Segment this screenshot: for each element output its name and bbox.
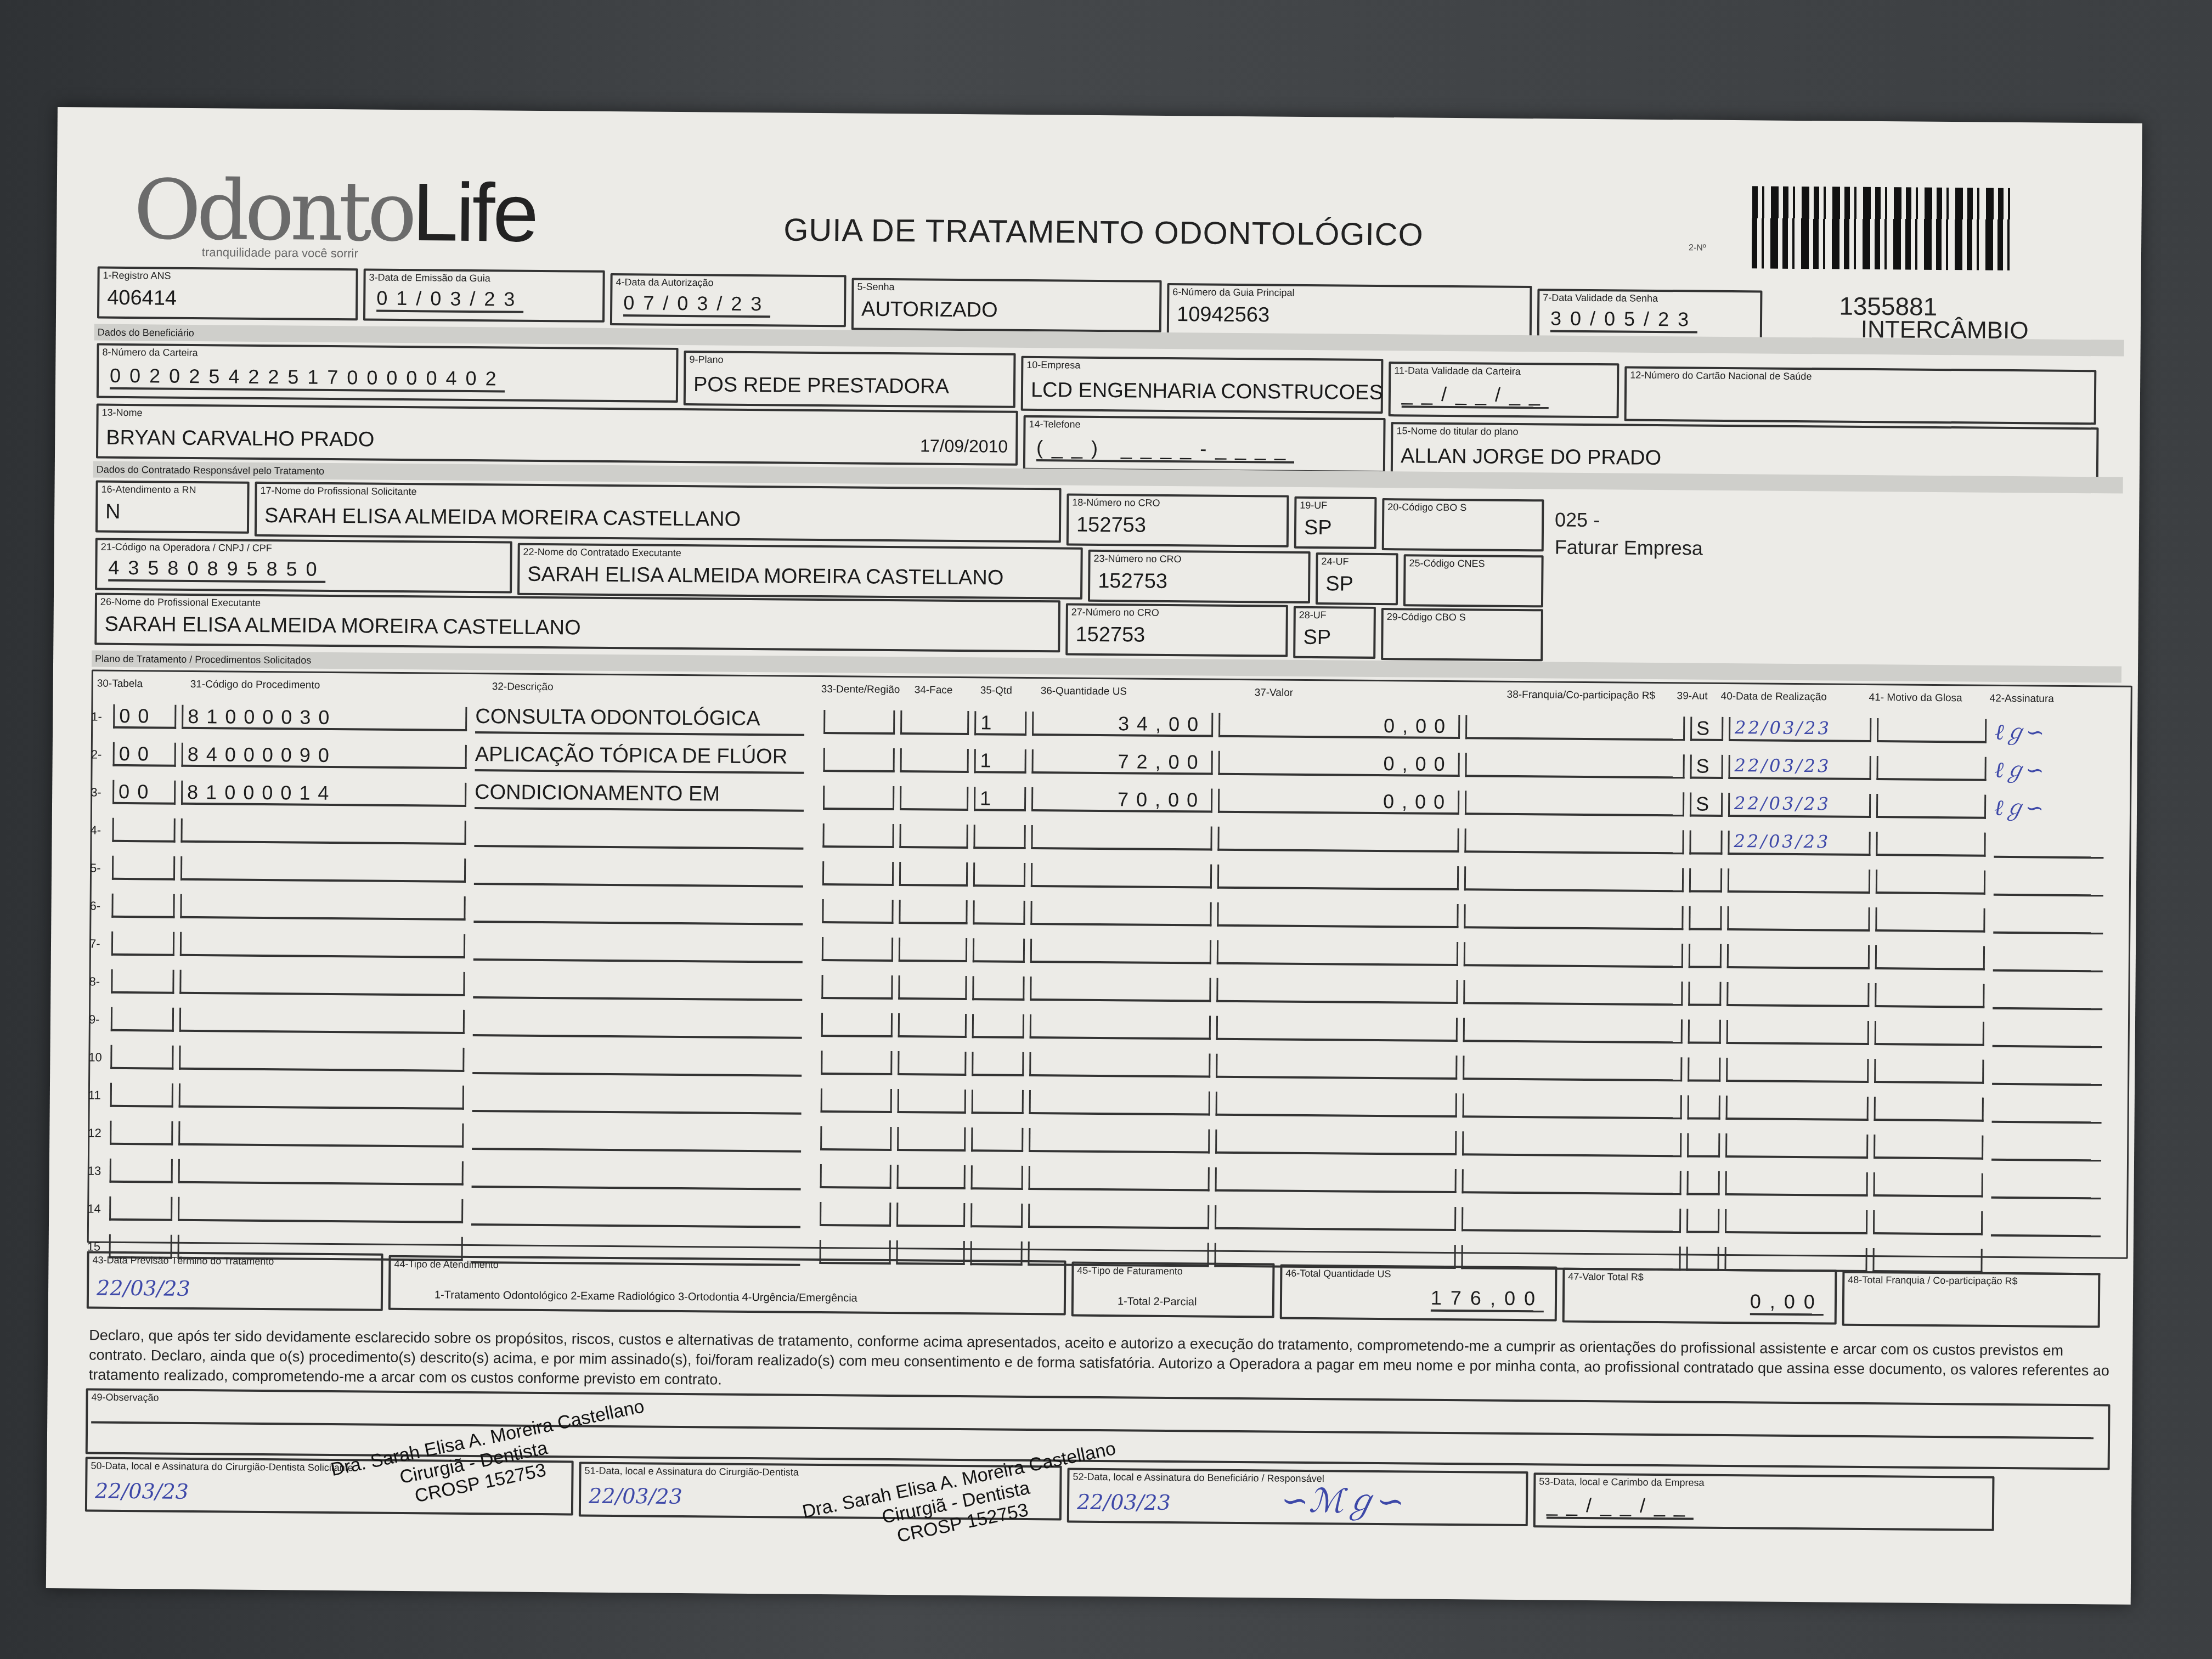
valor-cell[interactable]: 0,00	[1218, 751, 1460, 777]
codigo-cell[interactable]	[179, 1084, 464, 1110]
us-cell[interactable]: 72,00	[1032, 749, 1213, 775]
descricao-cell[interactable]	[472, 1084, 802, 1115]
field-value: 00202542251700000402	[110, 364, 505, 393]
column-header: 31-Código do Procedimento	[190, 679, 320, 692]
aut-cell[interactable]	[1689, 830, 1722, 854]
qtd-cell[interactable]	[973, 938, 1025, 963]
field-value: __/__/__	[1402, 382, 1549, 409]
field-value: SP	[1325, 572, 1353, 596]
us-cell[interactable]	[1029, 1128, 1210, 1154]
aut-cell[interactable]: S	[1690, 792, 1723, 816]
data-realizacao-cell[interactable]	[1726, 982, 1869, 1007]
aut-cell[interactable]	[1686, 1246, 1719, 1271]
tabela-cell[interactable]	[112, 856, 175, 881]
field-label: 22-Nome do Contratado Executante	[523, 546, 681, 559]
tabela-cell[interactable]: 00	[113, 704, 176, 729]
signature-line	[1994, 856, 2103, 859]
face-cell[interactable]	[897, 1127, 966, 1152]
field-label: 14-Telefone	[1029, 419, 1080, 431]
descricao-cell[interactable]: CONDICIONAMENTO EM	[475, 781, 804, 812]
field-label: 7-Data Validade da Senha	[1543, 292, 1658, 304]
previsao-field[interactable]: 43-Data Previsão Término do Tratamento 2…	[87, 1251, 383, 1311]
franquia-cell[interactable]	[1464, 866, 1684, 892]
glosa-cell[interactable]	[1873, 1210, 1983, 1235]
row-number: 9-	[89, 1012, 100, 1026]
tabela-cell[interactable]	[111, 894, 174, 918]
birth-date: 17/09/2010	[920, 436, 1008, 456]
field-value: 152753	[1076, 513, 1146, 538]
aut-cell[interactable]: S	[1690, 754, 1723, 778]
us-cell[interactable]	[1031, 825, 1212, 851]
face-cell[interactable]	[898, 1051, 966, 1076]
tabela-cell[interactable]	[111, 932, 174, 956]
data-realizacao-cell[interactable]: 22/03/23	[1728, 831, 1870, 856]
us-cell[interactable]	[1029, 1052, 1210, 1078]
descricao-cell[interactable]	[473, 894, 803, 926]
field-label: 26-Nome do Profissional Executante	[100, 596, 261, 609]
carimbo-empresa-field[interactable]: 53-Data, local e Carimbo da Empresa __/_…	[1533, 1472, 1995, 1531]
field-label: 12-Número do Cartão Nacional de Saúde	[1630, 370, 1812, 383]
data-realizacao-cell[interactable]	[1727, 944, 1870, 969]
face-cell[interactable]	[898, 975, 967, 1000]
field-label: 13-Nome	[102, 407, 143, 419]
row-number: 13	[88, 1164, 101, 1178]
data-realizacao-cell[interactable]	[1725, 1133, 1868, 1159]
descricao-cell[interactable]	[473, 932, 803, 963]
descricao-cell[interactable]	[473, 970, 802, 1001]
valor-cell[interactable]	[1217, 902, 1458, 928]
data-realizacao-cell[interactable]	[1725, 1209, 1867, 1234]
descricao-cell[interactable]	[474, 856, 803, 888]
billing-note: Faturar Empresa	[1555, 535, 1703, 560]
descricao-cell[interactable]	[473, 1008, 802, 1039]
field-options: 1-Tratamento Odontológico 2-Exame Radiol…	[435, 1289, 857, 1305]
valor-cell[interactable]	[1217, 865, 1459, 890]
codigo-cell[interactable]: 81000030	[182, 705, 467, 731]
column-header: 41- Motivo da Glosa	[1869, 692, 1962, 704]
signature-icon: ℓℊ∽	[1994, 791, 2044, 822]
qtd-cell[interactable]: 1	[974, 711, 1026, 736]
uf-solicitante-field[interactable]: 19-UF SP	[1294, 496, 1377, 549]
logo-tagline: tranquilidade para você sorrir	[202, 245, 358, 261]
us-cell[interactable]	[1030, 977, 1211, 1002]
dente-cell[interactable]	[822, 937, 893, 962]
codigo-cell[interactable]	[179, 970, 465, 996]
qtd-cell[interactable]	[971, 1127, 1023, 1152]
dente-cell[interactable]	[823, 786, 894, 810]
franquia-cell[interactable]	[1463, 1018, 1683, 1043]
column-header: 34-Face	[915, 684, 953, 697]
valor-cell[interactable]	[1216, 1092, 1457, 1118]
field-label: 4-Data da Autorização	[616, 276, 713, 289]
us-cell[interactable]: 70,00	[1031, 787, 1212, 813]
tipo-faturamento-field[interactable]: 45-Tipo de Faturamento 1-Total 2-Parcial	[1071, 1262, 1275, 1318]
row-number: 14	[87, 1201, 101, 1216]
field-label: 45-Tipo de Faturamento	[1077, 1265, 1183, 1278]
field-value: SARAH ELISA ALMEIDA MOREIRA CASTELLANO	[527, 563, 1003, 590]
face-cell[interactable]	[897, 1165, 966, 1189]
aut-cell[interactable]	[1688, 1057, 1720, 1081]
codigo-cell[interactable]	[180, 819, 466, 845]
qtd-cell[interactable]	[973, 900, 1025, 925]
valor-cell[interactable]	[1215, 1205, 1456, 1231]
empresa-field[interactable]: 10-Empresa LCD ENGENHARIA CONSTRUCOES	[1021, 356, 1384, 414]
franquia-cell[interactable]	[1465, 753, 1684, 778]
glosa-cell[interactable]	[1876, 756, 1986, 781]
codigo-cell[interactable]	[180, 932, 465, 958]
field-label: 17-Nome do Profissional Solicitante	[260, 485, 416, 498]
face-cell[interactable]	[899, 938, 967, 962]
dente-cell[interactable]	[822, 823, 894, 848]
dente-cell[interactable]	[821, 1013, 893, 1037]
field-label: 49-Observação	[91, 1392, 159, 1404]
field-value: AUTORIZADO	[861, 298, 998, 323]
codigo-cell[interactable]	[179, 1008, 465, 1034]
face-cell[interactable]	[898, 1013, 967, 1038]
qtd-cell[interactable]	[972, 1052, 1024, 1076]
barcode-icon	[1752, 186, 2016, 270]
aut-cell[interactable]	[1689, 906, 1722, 930]
field-label: 53-Data, local e Carimbo da Empresa	[1539, 1476, 1704, 1488]
franquia-cell[interactable]	[1463, 1056, 1682, 1081]
aut-cell[interactable]	[1687, 1133, 1720, 1157]
tabela-cell[interactable]	[111, 969, 174, 994]
row-number: 10	[88, 1050, 102, 1064]
field-label: 11-Data Validade da Carteira	[1394, 365, 1521, 377]
franquia-cell[interactable]	[1464, 942, 1683, 968]
field-value: N	[105, 500, 121, 524]
total-us-field[interactable]: 46-Total Quantidade US 176,00	[1280, 1265, 1558, 1322]
glosa-cell[interactable]	[1876, 870, 1985, 895]
field-label: 50-Data, local e Assinatura do Cirurgião…	[91, 1460, 353, 1474]
signature-line	[1991, 1197, 2101, 1200]
tabela-cell[interactable]: 00	[113, 742, 176, 767]
us-cell[interactable]	[1029, 1166, 1210, 1192]
column-header: 33-Dente/Região	[821, 684, 900, 696]
descricao-cell[interactable]	[472, 1121, 801, 1153]
data-realizacao-cell[interactable]	[1728, 868, 1870, 894]
data-realizacao-cell[interactable]: 22/03/23	[1728, 793, 1871, 818]
valor-cell[interactable]	[1216, 1016, 1458, 1042]
codigo-cell[interactable]	[178, 1197, 463, 1223]
qtd-cell[interactable]	[972, 976, 1024, 1001]
qtd-cell[interactable]: 1	[974, 749, 1026, 774]
aut-cell[interactable]	[1688, 1019, 1721, 1043]
column-header: 30-Tabela	[97, 678, 143, 691]
data-realizacao-cell[interactable]	[1724, 1247, 1867, 1272]
tipo-atendimento-field[interactable]: 44-Tipo de Atendimento 1-Tratamento Odon…	[388, 1255, 1066, 1316]
row-number: 7-	[89, 937, 100, 951]
codigo-operadora-field[interactable]: 21-Código na Operadora / CNPJ / CPF 4358…	[95, 538, 512, 594]
valor-cell[interactable]	[1215, 1167, 1457, 1193]
row-number: 3-	[91, 786, 101, 800]
signature-line	[1991, 1234, 2101, 1238]
field-label: 43-Data Previsão Término do Tratamento	[92, 1255, 274, 1268]
valor-cell[interactable]	[1216, 1054, 1457, 1080]
field-label: 28-UF	[1299, 610, 1327, 621]
franquia-cell[interactable]	[1464, 904, 1683, 930]
glosa-cell[interactable]	[1876, 794, 1986, 819]
glosa-cell[interactable]	[1877, 718, 1987, 743]
us-cell[interactable]	[1030, 1014, 1211, 1040]
signature-line	[1993, 969, 2103, 973]
signature-line	[1993, 1045, 2102, 1048]
field-value: ALLAN JORGE DO PRADO	[1401, 444, 1661, 470]
glosa-cell[interactable]	[1874, 1059, 1984, 1084]
row-number: 11	[88, 1088, 101, 1102]
codigo-cell[interactable]	[180, 894, 465, 921]
descricao-cell[interactable]: APLICAÇÃO TÓPICA DE FLÚOR	[475, 743, 804, 774]
field-value: 30/05/23	[1550, 307, 1697, 333]
glosa-cell[interactable]	[1875, 945, 1985, 970]
glosa-cell[interactable]	[1875, 1021, 1984, 1046]
cro-executante-field[interactable]: 23-Número no CRO 152753	[1088, 550, 1311, 603]
franquia-cell[interactable]	[1464, 828, 1684, 854]
field-label: 27-Número no CRO	[1071, 607, 1159, 619]
validade-senha-field[interactable]: 7-Data Validade da Senha 30/05/23	[1537, 289, 1763, 342]
face-cell[interactable]	[900, 748, 969, 773]
tabela-cell[interactable]: 00	[112, 780, 176, 805]
validade-carteira-field[interactable]: 11-Data Validade da Carteira __/__/__	[1389, 362, 1620, 418]
franquia-cell[interactable]	[1462, 1169, 1681, 1195]
glosa-cell[interactable]	[1876, 832, 1985, 857]
glosa-cell[interactable]	[1874, 1135, 1983, 1160]
row-number: 5-	[90, 861, 101, 876]
qtd-cell[interactable]	[971, 1165, 1023, 1190]
dente-cell[interactable]	[820, 1164, 891, 1189]
field-value: (__) ____-____	[1036, 436, 1295, 464]
us-cell[interactable]	[1031, 863, 1212, 889]
row-number: 4-	[91, 823, 101, 838]
field-options: 1-Total 2-Parcial	[1118, 1295, 1197, 1308]
data-autorizacao-field[interactable]: 4-Data da Autorização 07/03/23	[610, 273, 847, 327]
valor-cell[interactable]	[1217, 827, 1459, 853]
signature-line	[1994, 894, 2103, 897]
glosa-cell[interactable]	[1874, 1172, 1983, 1198]
data-realizacao-cell[interactable]	[1726, 1058, 1869, 1083]
field-label: 25-Código CNES	[1409, 557, 1485, 569]
field-label: 44-Tipo de Atendimento	[394, 1259, 499, 1271]
tabela-cell[interactable]	[112, 818, 175, 843]
solicitante-field[interactable]: 17-Nome do Profissional Solicitante SARA…	[255, 482, 1062, 543]
franquia-cell[interactable]	[1462, 1207, 1681, 1233]
aut-cell[interactable]	[1689, 868, 1722, 892]
data-realizacao-cell[interactable]: 22/03/23	[1728, 755, 1871, 780]
field-label: 48-Total Franquia / Co-participação R$	[1848, 1274, 2017, 1287]
dental-treatment-form: OdontoLife tranquilidade para você sorri…	[46, 107, 2142, 1605]
franquia-cell[interactable]	[1465, 715, 1685, 741]
data-realizacao-cell[interactable]: 22/03/23	[1729, 717, 1871, 742]
glosa-cell[interactable]	[1875, 907, 1985, 933]
qtd-cell[interactable]	[972, 1090, 1024, 1114]
field-label: 47-Valor Total R$	[1568, 1271, 1644, 1283]
field-label: 8-Número da Carteira	[102, 347, 198, 359]
cnes-field[interactable]: 25-Código CNES	[1403, 554, 1544, 607]
dente-cell[interactable]	[822, 899, 893, 924]
face-cell[interactable]	[899, 824, 968, 849]
column-header: 37-Valor	[1255, 687, 1294, 699]
row-number: 2-	[91, 748, 102, 762]
dente-cell[interactable]	[822, 861, 894, 886]
valor-cell[interactable]	[1215, 1130, 1457, 1155]
face-cell[interactable]	[899, 862, 968, 887]
codigo-cell[interactable]	[179, 1046, 464, 1072]
field-value: LCD ENGENHARIA CONSTRUCOES	[1031, 379, 1383, 405]
us-cell[interactable]	[1030, 939, 1211, 964]
dente-cell[interactable]	[821, 1088, 892, 1113]
rn-field[interactable]: 16-Atendimento a RN N	[95, 481, 250, 534]
tabela-cell[interactable]	[110, 1045, 173, 1070]
data-emissao-field[interactable]: 3-Data de Emissão da Guia 01/03/23	[363, 268, 605, 322]
dente-cell[interactable]	[821, 1051, 892, 1075]
carteira-field[interactable]: 8-Número da Carteira 0020254225170000040…	[97, 343, 679, 403]
face-cell[interactable]	[900, 710, 969, 735]
descricao-cell[interactable]	[472, 1159, 801, 1190]
signature-line	[1993, 1007, 2102, 1011]
dente-cell[interactable]	[823, 710, 895, 735]
senha-field[interactable]: 5-Senha AUTORIZADO	[851, 278, 1162, 332]
field-value: 22/03/23	[95, 1479, 189, 1504]
data-realizacao-cell[interactable]	[1727, 906, 1870, 932]
plano-field[interactable]: 9-Plano POS REDE PRESTADORA	[684, 351, 1016, 408]
form-title: GUIA DE TRATAMENTO ODONTOLÓGICO	[783, 211, 1424, 253]
codigo-cell[interactable]	[178, 1159, 464, 1186]
total-franquia-field[interactable]: 48-Total Franquia / Co-participação R$	[1842, 1271, 2101, 1328]
descricao-cell[interactable]	[474, 819, 803, 850]
face-cell[interactable]	[899, 900, 967, 924]
beneficiary-signature-icon: ∽ℳℊ∽	[1281, 1475, 1404, 1523]
data-realizacao-cell[interactable]	[1725, 1171, 1868, 1197]
glosa-cell[interactable]	[1874, 1097, 1984, 1122]
glosa-cell[interactable]	[1875, 983, 1984, 1008]
franquia-cell[interactable]	[1463, 980, 1683, 1006]
signature-icon: ℓℊ∽	[1994, 753, 2044, 785]
cbo-solicitante-field[interactable]: 20-Código CBO S	[1382, 498, 1544, 551]
data-realizacao-cell[interactable]	[1726, 1020, 1869, 1045]
field-value: 176,00	[1431, 1286, 1544, 1313]
aut-cell[interactable]	[1686, 1209, 1719, 1233]
telefone-field[interactable]: 14-Telefone (__) ____-____	[1023, 415, 1386, 473]
data-realizacao-cell[interactable]	[1726, 1096, 1869, 1121]
valor-cell[interactable]: 0,00	[1218, 713, 1460, 739]
aut-cell[interactable]	[1688, 1095, 1720, 1119]
descricao-cell[interactable]	[472, 1046, 802, 1077]
registro-ans-field[interactable]: 1-Registro ANS 406414	[97, 267, 358, 321]
dente-cell[interactable]	[820, 1202, 891, 1227]
codigo-cell[interactable]	[178, 1121, 464, 1148]
tabela-cell[interactable]	[110, 1121, 173, 1145]
cbo-profissional-field[interactable]: 29-Código CBO S	[1381, 608, 1543, 661]
qtd-cell[interactable]	[973, 825, 1025, 849]
row-number: 1-	[91, 710, 102, 724]
franquia-cell[interactable]	[1463, 1093, 1682, 1119]
aut-cell[interactable]	[1688, 981, 1721, 1006]
cns-field[interactable]: 12-Número do Cartão Nacional de Saúde	[1624, 366, 2097, 425]
field-label: 51-Data, local e Assinatura do Cirurgião…	[584, 1465, 798, 1479]
aut-cell[interactable]	[1687, 1171, 1720, 1195]
glosa-cell[interactable]	[1872, 1248, 1982, 1273]
qtd-cell[interactable]	[972, 1014, 1024, 1039]
field-label: 18-Número no CRO	[1072, 497, 1160, 509]
field-value: SP	[1304, 516, 1332, 540]
valor-total-field[interactable]: 47-Valor Total R$ 0,00	[1562, 1268, 1837, 1325]
franquia-cell[interactable]	[1465, 791, 1684, 816]
field-label: 24-UF	[1321, 556, 1348, 567]
field-value: 406414	[107, 286, 177, 311]
dente-cell[interactable]	[820, 1126, 891, 1151]
descricao-cell[interactable]: CONSULTA ODONTOLÓGICA	[475, 705, 804, 736]
valor-cell[interactable]	[1217, 940, 1458, 966]
qtd-cell[interactable]	[970, 1203, 1023, 1228]
qtd-cell[interactable]: 1	[974, 787, 1026, 811]
field-value: 0,00	[1750, 1290, 1824, 1316]
guia-principal-field[interactable]: 6-Número da Guia Principal 10942563	[1167, 283, 1532, 338]
field-value: 10942563	[1177, 303, 1269, 327]
column-header: 42-Assinatura	[1990, 693, 2054, 706]
field-value: BRYAN CARVALHO PRADO	[106, 426, 375, 452]
field-label: 23-Número no CRO	[1094, 553, 1182, 565]
profissional-executante-field[interactable]: 26-Nome do Profissional Executante SARAH…	[94, 593, 1060, 653]
field-label: 19-UF	[1300, 500, 1327, 511]
codigo-cell[interactable]	[180, 856, 466, 883]
descricao-cell[interactable]	[471, 1197, 800, 1228]
tabela-cell[interactable]	[111, 1007, 174, 1032]
executante-field[interactable]: 22-Nome do Contratado Executante SARAH E…	[517, 543, 1083, 600]
field-label: 46-Total Quantidade US	[1285, 1268, 1391, 1280]
nome-field[interactable]: 13-Nome BRYAN CARVALHO PRADO 17/09/2010	[96, 404, 1018, 466]
valor-cell[interactable]: 0,00	[1218, 789, 1459, 815]
uf-profissional-field[interactable]: 28-UF SP	[1293, 606, 1376, 659]
us-cell[interactable]	[1028, 1204, 1209, 1229]
face-cell[interactable]	[900, 786, 968, 811]
number-label: 2-Nº	[1689, 243, 1706, 253]
field-value: 22/03/23	[589, 1484, 682, 1509]
aut-cell[interactable]	[1689, 944, 1722, 968]
tabela-cell[interactable]	[110, 1159, 173, 1183]
valor-cell[interactable]	[1216, 978, 1458, 1004]
dente-cell[interactable]	[821, 975, 893, 1000]
codigo-cell[interactable]: 81000014	[181, 781, 466, 807]
field-label: 16-Atendimento a RN	[101, 484, 196, 496]
codigo-cell[interactable]: 84000090	[182, 743, 467, 769]
field-value: 43580895850	[108, 556, 326, 583]
field-value: 07/03/23	[623, 291, 770, 318]
field-label: 29-Código CBO S	[1387, 611, 1466, 623]
tabela-cell[interactable]	[109, 1197, 172, 1221]
us-cell[interactable]: 34,00	[1032, 712, 1213, 737]
field-value: SARAH ELISA ALMEIDA MOREIRA CASTELLANO	[264, 504, 741, 532]
field-value: 22/03/23	[97, 1276, 190, 1301]
dente-cell[interactable]	[823, 748, 895, 772]
us-cell[interactable]	[1030, 901, 1211, 927]
tabela-cell[interactable]	[110, 1083, 173, 1108]
column-header: 32-Descrição	[492, 681, 554, 693]
aut-cell[interactable]: S	[1690, 716, 1723, 741]
column-header: 36-Quantidade US	[1041, 685, 1127, 698]
qtd-cell[interactable]	[973, 862, 1025, 887]
cro-profissional-field[interactable]: 27-Número no CRO 152753	[1065, 603, 1288, 657]
cro-solicitante-field[interactable]: 18-Número no CRO 152753	[1066, 493, 1289, 547]
us-cell[interactable]	[1029, 1090, 1210, 1116]
franquia-cell[interactable]	[1462, 1131, 1681, 1157]
face-cell[interactable]	[896, 1203, 965, 1227]
field-label: 5-Senha	[857, 281, 894, 293]
row-number: 12	[88, 1126, 101, 1140]
signature-line	[1993, 932, 2103, 935]
field-value: 01/03/23	[376, 287, 523, 313]
uf-executante-field[interactable]: 24-UF SP	[1316, 552, 1398, 605]
face-cell[interactable]	[898, 1089, 966, 1114]
